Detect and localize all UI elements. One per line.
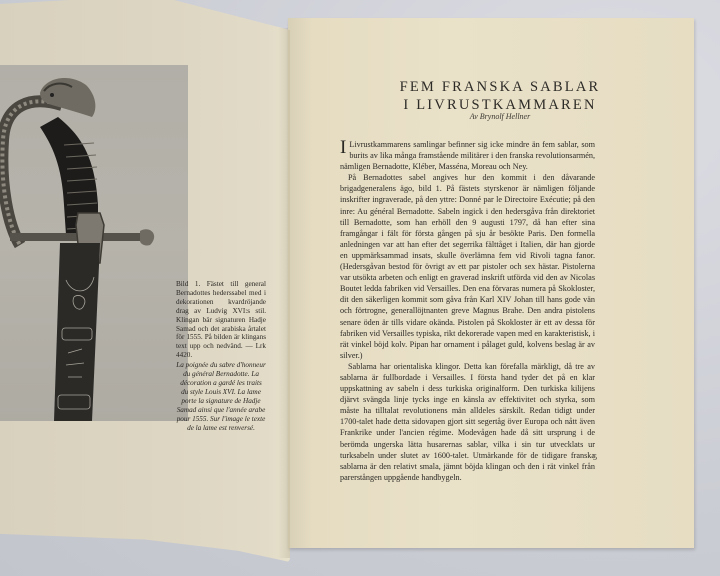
caption-french: La poignée du sabre d'honneur du général… [176, 361, 266, 432]
drop-cap: I [340, 140, 346, 156]
sabre-photo [0, 65, 188, 421]
sabre-hilt-illustration [0, 65, 188, 421]
paragraph-3: Sablarna har orientaliska klingor. Detta… [340, 361, 595, 483]
title-line-1: FEM FRANSKA SABLAR [300, 78, 700, 96]
figure-caption: Bild 1. Fästet till general Bernadottes … [176, 280, 266, 432]
paragraph-2: På Bernadottes sabel angives hur den kom… [340, 172, 595, 361]
book-gutter [288, 30, 290, 548]
article-body: ILivrustkammarens samlingar befinner sig… [340, 139, 595, 483]
byline: Av Brynolf Hellner [300, 112, 700, 121]
caption-swedish: Bild 1. Fästet till general Bernadottes … [176, 280, 266, 360]
article-title: FEM FRANSKA SABLAR I LIVRUSTKAMMAREN [300, 78, 700, 114]
page-number: 5 [593, 453, 597, 462]
paragraph-1: ILivrustkammarens samlingar befinner sig… [340, 139, 595, 172]
